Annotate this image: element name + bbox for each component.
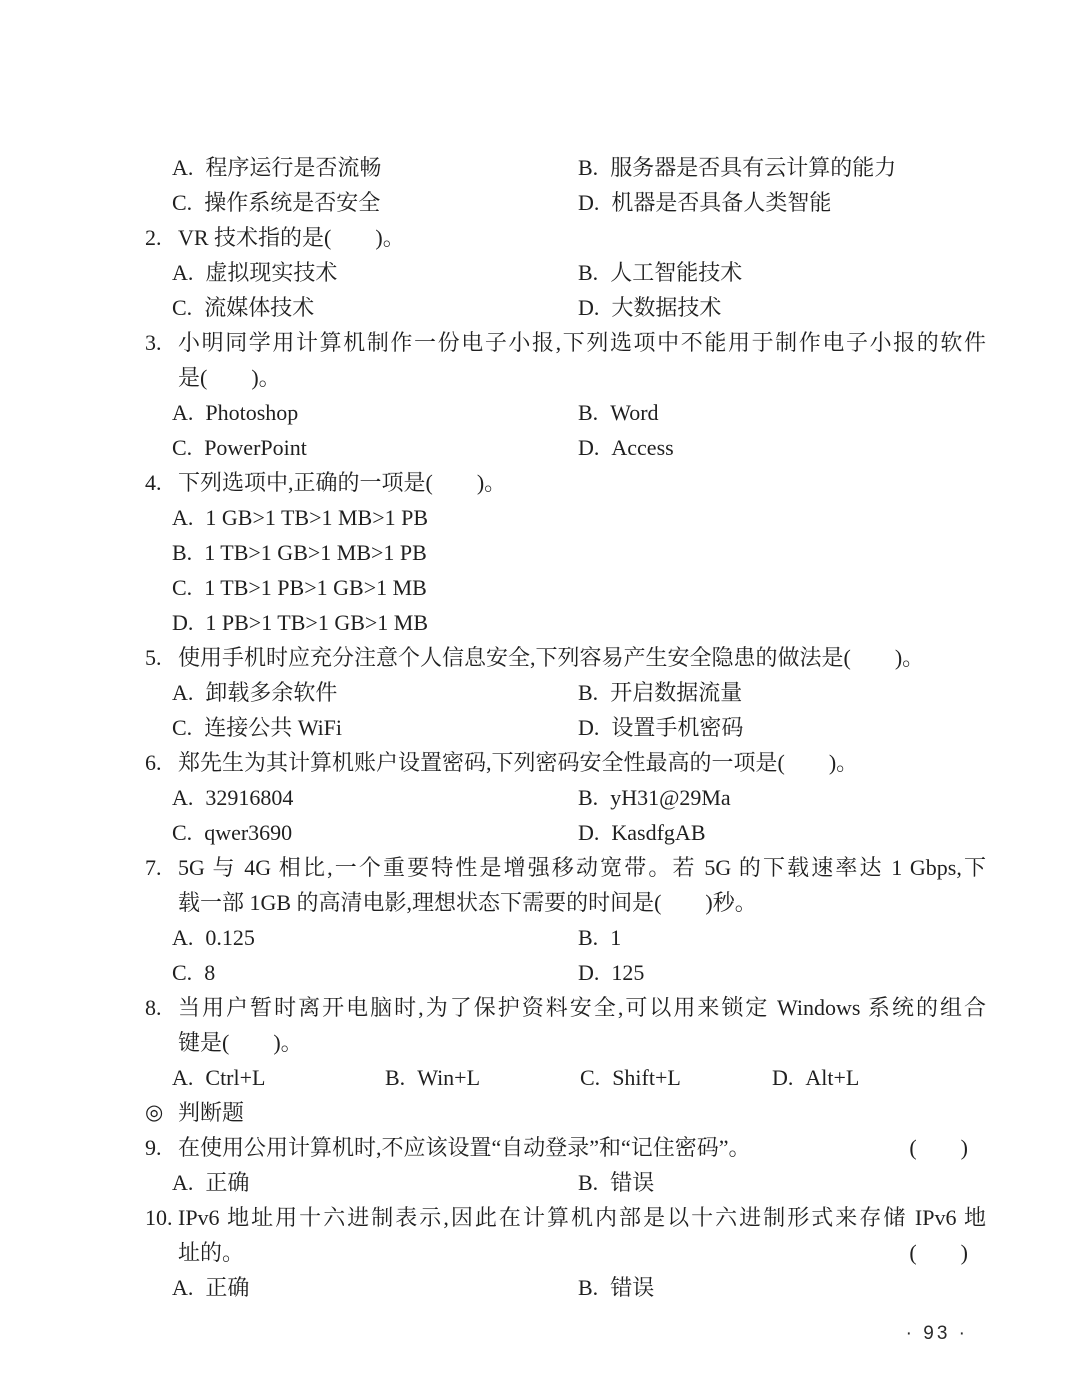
- question-7: 7. 5G 与 4G 相比,一个重要特性是增强移动宽带。若 5G 的下载速率达 …: [145, 850, 986, 920]
- option-label: B.: [172, 535, 192, 570]
- option-text: 操作系统是否安全: [204, 190, 380, 215]
- question-number: 5.: [145, 640, 178, 675]
- option-text: Photoshop: [205, 400, 298, 425]
- question-1-option-c: C.操作系统是否安全: [172, 185, 578, 220]
- question-text-line-2: 址的。( ): [178, 1235, 986, 1270]
- question-3-option-d: D.Access: [578, 430, 986, 465]
- option-text: 人工智能技术: [610, 260, 742, 285]
- question-text: VR 技术指的是( )。: [178, 220, 986, 255]
- page-number: · 93 ·: [906, 1323, 968, 1345]
- question-text: 郑先生为其计算机账户设置密码,下列密码安全性最高的一项是( )。: [178, 745, 986, 780]
- option-label: C.: [172, 430, 192, 465]
- question-text-line-1: 当用户暂时离开电脑时,为了保护资料安全,可以用来锁定 Windows 系统的组合: [178, 990, 986, 1025]
- option-label: D.: [578, 430, 599, 465]
- question-10-option-a: A.正确: [172, 1270, 578, 1305]
- option-text: 正确: [205, 1275, 249, 1300]
- question-text: IPv6 地址用十六进制表示,因此在计算机内部是以十六进制形式来存储 IPv6 …: [178, 1200, 986, 1270]
- option-label: D.: [578, 815, 599, 850]
- option-text: Access: [611, 435, 673, 460]
- question-3-option-a: A.Photoshop: [172, 395, 578, 430]
- option-text: 开启数据流量: [610, 680, 742, 705]
- question-text-line-1: 在使用公用计算机时,不应该设置“自动登录”和“记住密码”。( ): [178, 1130, 986, 1165]
- question-8-options: A.Ctrl+L B.Win+L C.Shift+L D.Alt+L: [145, 1060, 986, 1095]
- option-label: A.: [172, 1165, 193, 1200]
- judgment-section-header: ◎ 判断题: [145, 1095, 986, 1130]
- option-text: Win+L: [417, 1065, 480, 1090]
- question-text: 使用手机时应充分注意个人信息安全,下列容易产生安全隐患的做法是( )。: [178, 640, 986, 675]
- question-1-option-a: A.程序运行是否流畅: [172, 150, 578, 185]
- option-label: B.: [578, 150, 598, 185]
- option-label: A.: [172, 1060, 193, 1095]
- option-label: B.: [385, 1060, 405, 1095]
- question-5-options: A.卸载多余软件 B.开启数据流量 C.连接公共 WiFi D.设置手机密码: [145, 675, 986, 745]
- question-text: 在使用公用计算机时,不应该设置“自动登录”和“记住密码”。( ): [178, 1130, 986, 1165]
- option-text: 1 TB>1 GB>1 MB>1 PB: [204, 540, 427, 565]
- question-text-line-1: IPv6 地址用十六进制表示,因此在计算机内部是以十六进制形式来存储 IPv6 …: [178, 1200, 986, 1235]
- question-5-option-a: A.卸载多余软件: [172, 675, 578, 710]
- question-text: 当用户暂时离开电脑时,为了保护资料安全,可以用来锁定 Windows 系统的组合…: [178, 990, 986, 1060]
- question-3-options: A.Photoshop B.Word C.PowerPoint D.Access: [145, 395, 986, 465]
- option-label: D.: [172, 605, 193, 640]
- question-text: 小明同学用计算机制作一份电子小报,下列选项中不能用于制作电子小报的软件 是( )…: [178, 325, 986, 395]
- question-7-options: A.0.125 B.1 C.8 D.125: [145, 920, 986, 990]
- question-8-option-d: D.Alt+L: [772, 1060, 986, 1095]
- question-5-option-c: C.连接公共 WiFi: [172, 710, 578, 745]
- option-text: Alt+L: [805, 1065, 859, 1090]
- question-3-option-c: C.PowerPoint: [172, 430, 578, 465]
- option-label: C.: [172, 290, 192, 325]
- option-label: C.: [172, 955, 192, 990]
- option-label: A.: [172, 395, 193, 430]
- question-number: 7.: [145, 850, 178, 885]
- option-text: 1 TB>1 PB>1 GB>1 MB: [204, 575, 427, 600]
- option-label: B.: [578, 1270, 598, 1305]
- option-text: 服务器是否具有云计算的能力: [610, 155, 896, 180]
- option-label: A.: [172, 920, 193, 955]
- question-7-option-b: B.1: [578, 920, 986, 955]
- option-text: qwer3690: [204, 820, 292, 845]
- question-4: 4. 下列选项中,正确的一项是( )。: [145, 465, 986, 500]
- question-8: 8. 当用户暂时离开电脑时,为了保护资料安全,可以用来锁定 Windows 系统…: [145, 990, 986, 1060]
- answer-bracket: ( ): [909, 1235, 968, 1270]
- option-label: C.: [172, 710, 192, 745]
- question-text-line-1: 5G 与 4G 相比,一个重要特性是增强移动宽带。若 5G 的下载速率达 1 G…: [178, 850, 986, 885]
- option-label: C.: [172, 185, 192, 220]
- question-4-option-b: B.1 TB>1 GB>1 MB>1 PB: [172, 535, 986, 570]
- question-4-options: A.1 GB>1 TB>1 MB>1 PB B.1 TB>1 GB>1 MB>1…: [145, 500, 986, 640]
- question-5-option-d: D.设置手机密码: [578, 710, 986, 745]
- option-label: A.: [172, 500, 193, 535]
- question-6: 6. 郑先生为其计算机账户设置密码,下列密码安全性最高的一项是( )。: [145, 745, 986, 780]
- question-2-option-b: B.人工智能技术: [578, 255, 986, 290]
- option-text: 错误: [610, 1275, 654, 1300]
- option-label: D.: [578, 955, 599, 990]
- question-number: 6.: [145, 745, 178, 780]
- question-4-option-c: C.1 TB>1 PB>1 GB>1 MB: [172, 570, 986, 605]
- question-text-content: 在使用公用计算机时,不应该设置“自动登录”和“记住密码”。: [178, 1130, 751, 1165]
- option-text: 1: [610, 925, 621, 950]
- question-9-option-b: B.错误: [578, 1165, 986, 1200]
- question-6-option-b: B.yH31@29Ma: [578, 780, 986, 815]
- question-5-option-b: B.开启数据流量: [578, 675, 986, 710]
- option-label: D.: [578, 290, 599, 325]
- question-3-option-b: B.Word: [578, 395, 986, 430]
- option-text: 机器是否具备人类智能: [611, 190, 831, 215]
- question-4-option-a: A.1 GB>1 TB>1 MB>1 PB: [172, 500, 986, 535]
- question-6-option-a: A.32916804: [172, 780, 578, 815]
- question-1-option-d: D.机器是否具备人类智能: [578, 185, 986, 220]
- question-7-option-c: C.8: [172, 955, 578, 990]
- question-text-line-2: 是( )。: [178, 360, 986, 395]
- question-text: 5G 与 4G 相比,一个重要特性是增强移动宽带。若 5G 的下载速率达 1 G…: [178, 850, 986, 920]
- option-text: KasdfgAB: [611, 820, 705, 845]
- question-1-options: A.程序运行是否流畅 B.服务器是否具有云计算的能力 C.操作系统是否安全 D.…: [145, 150, 986, 220]
- option-text: 32916804: [205, 785, 293, 810]
- option-label: D.: [578, 710, 599, 745]
- option-text: 8: [204, 960, 215, 985]
- question-text-line-2: 载一部 1GB 的高清电影,理想状态下需要的时间是( )秒。: [178, 885, 986, 920]
- option-text: 1 PB>1 TB>1 GB>1 MB: [205, 610, 428, 635]
- question-8-option-c: C.Shift+L: [580, 1060, 772, 1095]
- question-6-option-c: C.qwer3690: [172, 815, 578, 850]
- question-8-option-b: B.Win+L: [385, 1060, 580, 1095]
- question-10-option-b: B.错误: [578, 1270, 986, 1305]
- question-4-option-d: D.1 PB>1 TB>1 GB>1 MB: [172, 605, 986, 640]
- question-10-options: A.正确 B.错误: [145, 1270, 986, 1305]
- option-text: 大数据技术: [611, 295, 721, 320]
- option-label: A.: [172, 780, 193, 815]
- option-label: A.: [172, 1270, 193, 1305]
- option-text: 设置手机密码: [611, 715, 743, 740]
- question-text-content: 址的。: [178, 1235, 244, 1270]
- question-2-options: A.虚拟现实技术 B.人工智能技术 C.流媒体技术 D.大数据技术: [145, 255, 986, 325]
- question-8-option-a: A.Ctrl+L: [172, 1060, 385, 1095]
- option-text: 连接公共 WiFi: [204, 715, 342, 740]
- question-number: 9.: [145, 1130, 178, 1165]
- section-title: 判断题: [178, 1095, 244, 1130]
- option-text: 125: [611, 960, 644, 985]
- question-10: 10. IPv6 地址用十六进制表示,因此在计算机内部是以十六进制形式来存储 I…: [145, 1200, 986, 1270]
- option-text: 卸载多余软件: [205, 680, 337, 705]
- option-label: C.: [172, 570, 192, 605]
- option-label: B.: [578, 1165, 598, 1200]
- option-text: Ctrl+L: [205, 1065, 265, 1090]
- question-5: 5. 使用手机时应充分注意个人信息安全,下列容易产生安全隐患的做法是( )。: [145, 640, 986, 675]
- question-7-option-a: A.0.125: [172, 920, 578, 955]
- option-text: 0.125: [205, 925, 255, 950]
- option-label: A.: [172, 255, 193, 290]
- option-text: 错误: [610, 1170, 654, 1195]
- option-label: C.: [580, 1060, 600, 1095]
- option-label: C.: [172, 815, 192, 850]
- question-2-option-c: C.流媒体技术: [172, 290, 578, 325]
- option-text: 虚拟现实技术: [205, 260, 337, 285]
- option-label: D.: [578, 185, 599, 220]
- option-label: A.: [172, 150, 193, 185]
- question-9-options: A.正确 B.错误: [145, 1165, 986, 1200]
- question-text: 下列选项中,正确的一项是( )。: [178, 465, 986, 500]
- option-label: B.: [578, 920, 598, 955]
- option-text: PowerPoint: [204, 435, 307, 460]
- question-2: 2. VR 技术指的是( )。: [145, 220, 986, 255]
- option-label: D.: [772, 1060, 793, 1095]
- question-number: 3.: [145, 325, 178, 360]
- option-label: B.: [578, 255, 598, 290]
- option-label: B.: [578, 780, 598, 815]
- question-number: 2.: [145, 220, 178, 255]
- option-label: A.: [172, 675, 193, 710]
- question-9: 9. 在使用公用计算机时,不应该设置“自动登录”和“记住密码”。( ): [145, 1130, 986, 1165]
- option-label: B.: [578, 675, 598, 710]
- question-text-line-2: 键是( )。: [178, 1025, 986, 1060]
- option-text: 1 GB>1 TB>1 MB>1 PB: [205, 505, 428, 530]
- question-2-option-d: D.大数据技术: [578, 290, 986, 325]
- question-6-options: A.32916804 B.yH31@29Ma C.qwer3690 D.Kasd…: [145, 780, 986, 850]
- option-text: Shift+L: [612, 1065, 681, 1090]
- question-number: 8.: [145, 990, 178, 1025]
- question-1-option-b: B.服务器是否具有云计算的能力: [578, 150, 986, 185]
- answer-bracket: ( ): [909, 1130, 968, 1165]
- option-label: B.: [578, 395, 598, 430]
- option-text: Word: [610, 400, 658, 425]
- option-text: 流媒体技术: [204, 295, 314, 320]
- option-text: 正确: [205, 1170, 249, 1195]
- section-marker-icon: ◎: [145, 1095, 178, 1130]
- question-2-option-a: A.虚拟现实技术: [172, 255, 578, 290]
- exam-page-content: A.程序运行是否流畅 B.服务器是否具有云计算的能力 C.操作系统是否安全 D.…: [145, 150, 986, 1305]
- question-7-option-d: D.125: [578, 955, 986, 990]
- question-number: 4.: [145, 465, 178, 500]
- option-text: yH31@29Ma: [610, 785, 730, 810]
- question-number: 10.: [145, 1200, 178, 1235]
- question-text-line-1: 小明同学用计算机制作一份电子小报,下列选项中不能用于制作电子小报的软件: [178, 325, 986, 360]
- question-3: 3. 小明同学用计算机制作一份电子小报,下列选项中不能用于制作电子小报的软件 是…: [145, 325, 986, 395]
- question-6-option-d: D.KasdfgAB: [578, 815, 986, 850]
- option-text: 程序运行是否流畅: [205, 155, 381, 180]
- question-9-option-a: A.正确: [172, 1165, 578, 1200]
